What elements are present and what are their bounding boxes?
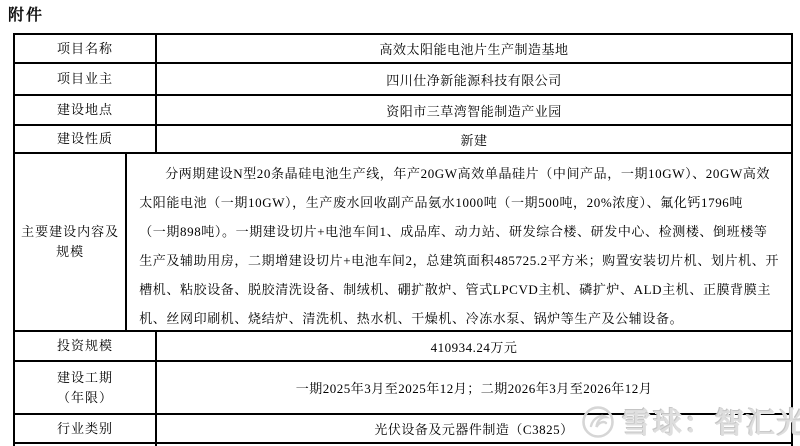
paragraph-line: 槽机、粘胶设备、脱胶清洗设备、制绒机、硼扩散炉、管式LPCVD主机、磷扩炉、AL…	[139, 275, 779, 304]
watermark-text: 雪球：智汇光伏	[622, 401, 800, 442]
paragraph-line: 分两期建设N型20条晶硅电池生产线，年产20GW高效单晶硅片（中间产品，一期10…	[139, 159, 779, 188]
paragraph-line: 太阳能电池（一期10GW），生产废水回收副产品氨水1000吨（一期500吨，20…	[139, 188, 779, 217]
project-info-table: 项目名称 高效太阳能电池片生产制造基地 项目业主 四川仕净新能源科技有限公司 建…	[13, 33, 793, 446]
table-row-investment-scale: 投资规模 410934.24万元	[15, 332, 791, 362]
row-label: 建设地点	[15, 96, 157, 124]
row-label: 投资规模	[15, 332, 157, 360]
attachment-title: 附件	[8, 2, 44, 25]
row-label: 建设性质	[15, 126, 157, 152]
row-value: 新建	[157, 126, 791, 152]
row-value: 410934.24万元	[157, 332, 791, 360]
row-value: 资阳市三草湾智能制造产业园	[157, 96, 791, 124]
paragraph-line: 机、丝网印刷机、烧结炉、清洗机、热水机、干燥机、冷冻水泵、锅炉等生产及公辅设备。	[139, 304, 779, 333]
row-label: 项目名称	[15, 35, 157, 62]
paragraph-line: （一期898吨）。一期建设切片+电池车间1、成品库、动力站、研发综合楼、研发中心…	[139, 217, 779, 246]
row-value-paragraph: 分两期建设N型20条晶硅电池生产线，年产20GW高效单晶硅片（中间产品，一期10…	[127, 154, 791, 330]
row-label: 行业类别	[15, 415, 157, 442]
row-label-line1: 建设工期	[57, 368, 113, 388]
row-value: 高效太阳能电池片生产制造基地	[157, 35, 791, 62]
table-row-construction-nature: 建设性质 新建	[15, 126, 791, 154]
xueqiu-logo-icon	[581, 405, 615, 439]
paragraph-line: 生产及辅助用房，二期增建设切片+电池车间2，总建筑面积485725.2平方米；购…	[139, 246, 779, 275]
watermark: 雪球：智汇光伏	[581, 401, 800, 442]
row-label-line2: （年限）	[57, 388, 113, 408]
table-row-main-content-scale: 主要建设内容及规模 分两期建设N型20条晶硅电池生产线，年产20GW高效单晶硅片…	[15, 154, 791, 332]
row-label: 建设工期 （年限）	[15, 362, 157, 413]
table-row-project-name: 项目名称 高效太阳能电池片生产制造基地	[15, 35, 791, 64]
row-label: 主要建设内容及规模	[15, 154, 127, 330]
table-row-project-owner: 项目业主 四川仕净新能源科技有限公司	[15, 64, 791, 96]
document-page: 附件 项目名称 高效太阳能电池片生产制造基地 项目业主 四川仕净新能源科技有限公…	[0, 0, 800, 446]
table-row-construction-site: 建设地点 资阳市三草湾智能制造产业园	[15, 96, 791, 126]
row-label: 项目业主	[15, 64, 157, 94]
row-value: 四川仕净新能源科技有限公司	[157, 64, 791, 94]
